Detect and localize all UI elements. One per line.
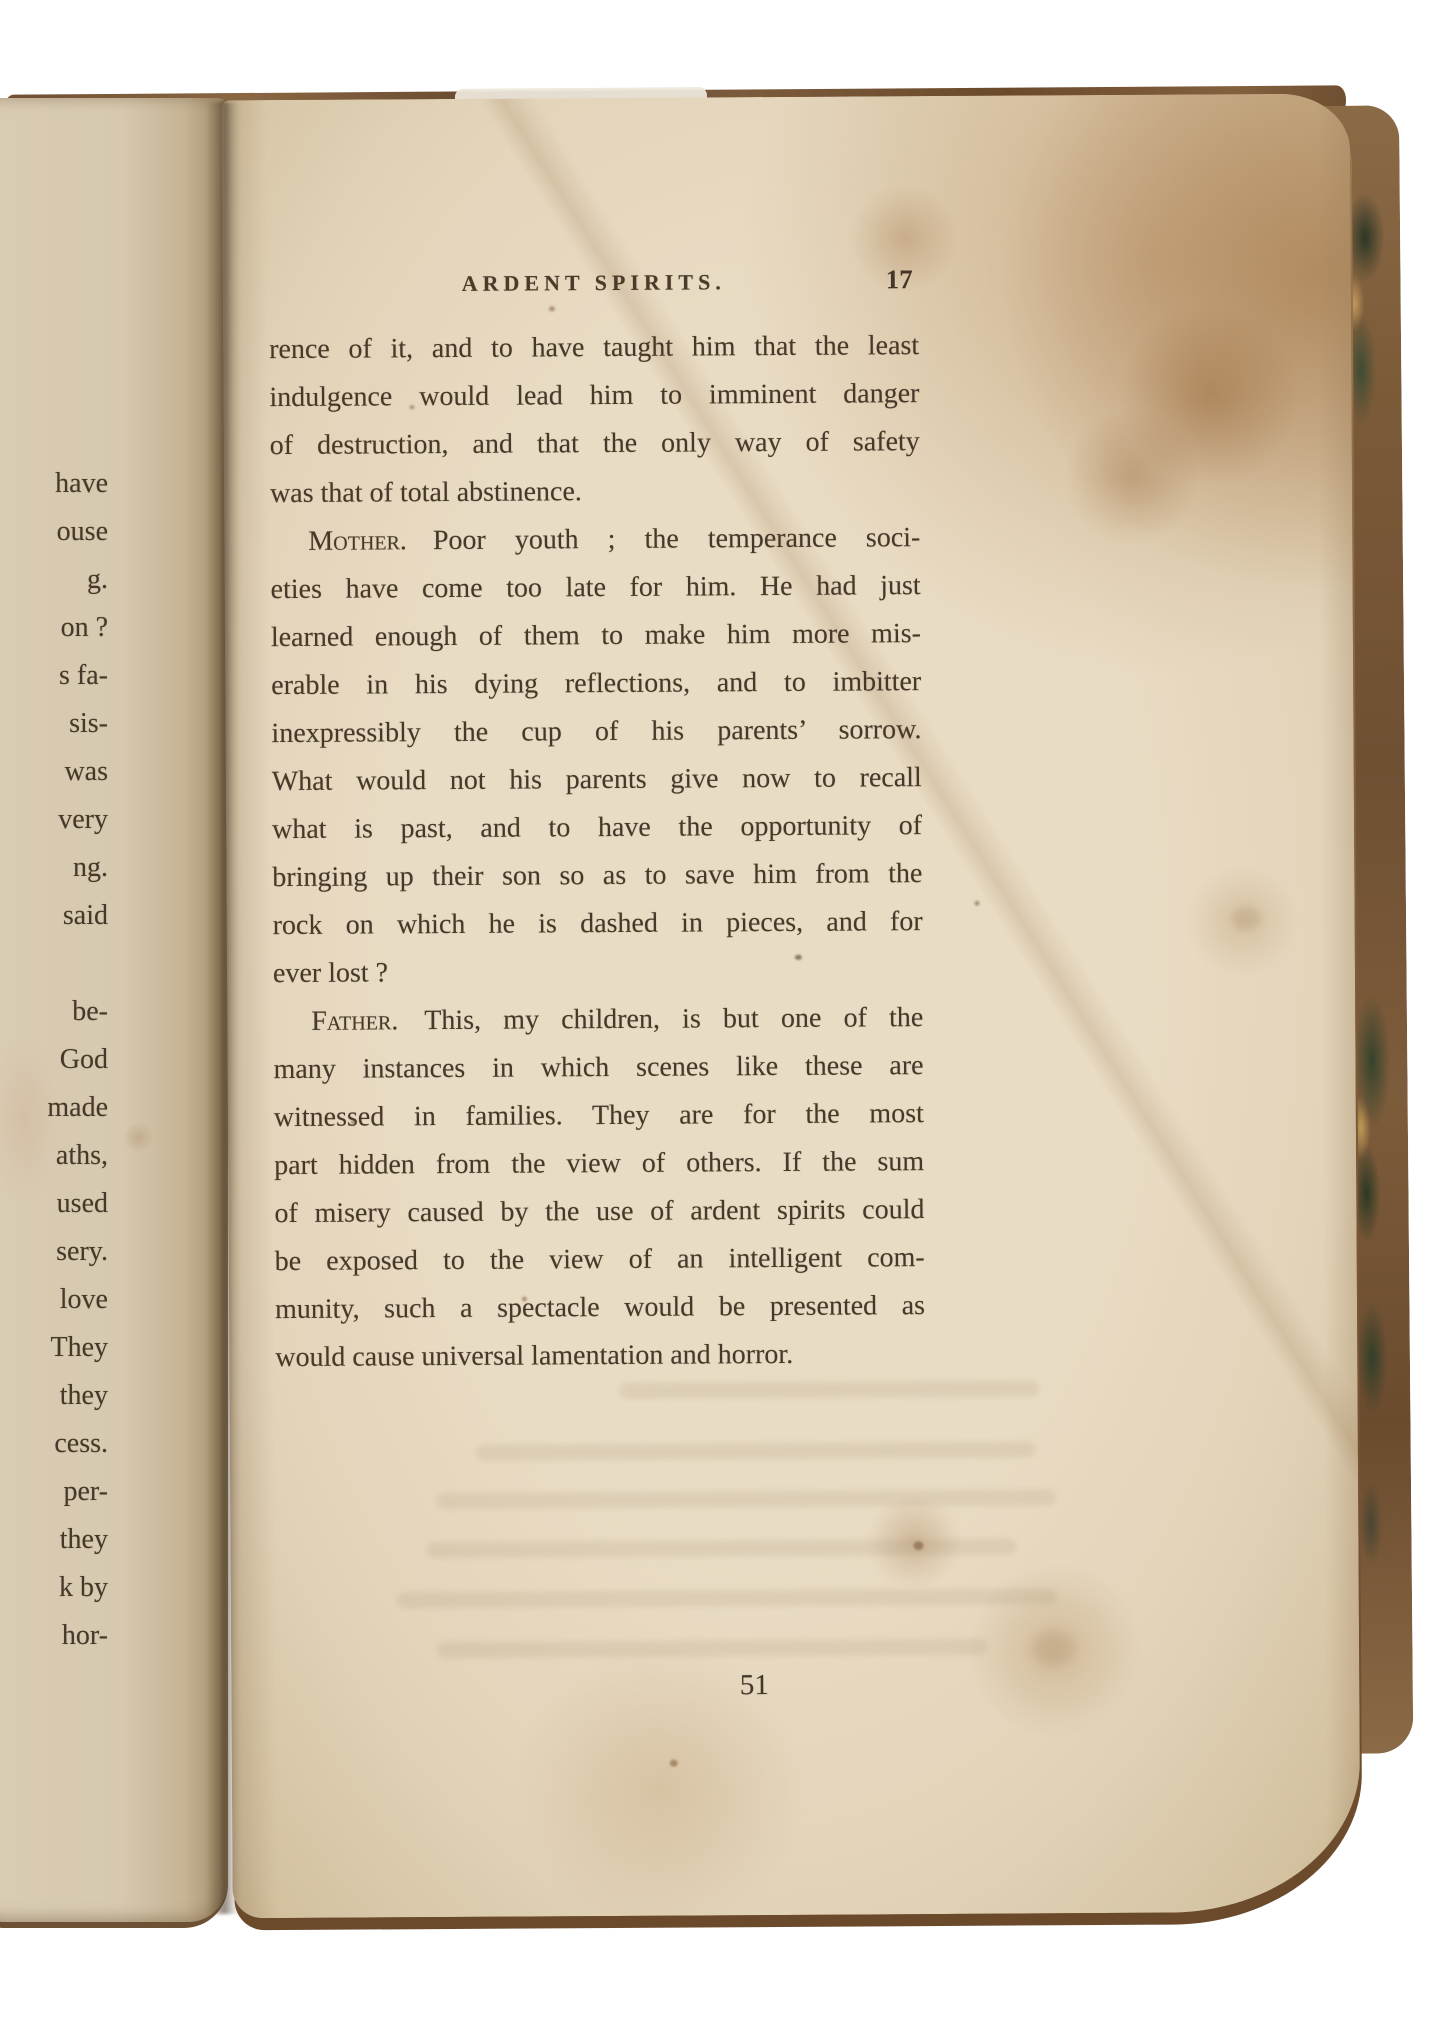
text-line: Mother.Poor youth ; the temperance soci- — [270, 514, 920, 566]
text-line: learned enough of them to make him more … — [271, 610, 921, 662]
text-line: what is past, and to have the opportunit… — [272, 802, 922, 854]
foxing-spot — [522, 1297, 527, 1302]
fragment-line: God — [0, 1036, 108, 1084]
fragment-line: k by — [0, 1564, 108, 1612]
book-gutter — [206, 102, 240, 1914]
fragment-line: hor- — [0, 1612, 108, 1660]
text-line: Father.This, my children, is but one of … — [273, 994, 923, 1046]
showthrough-ghost-text — [397, 1588, 1057, 1608]
foxing-spot — [913, 1541, 923, 1550]
fragment-line: on ? — [0, 604, 108, 652]
fragment-line: g. — [0, 556, 108, 604]
fragment-line: sery. — [0, 1228, 108, 1276]
text-line: of destruction, and that the only way of… — [270, 418, 920, 470]
text-line: many instances in which scenes like thes… — [273, 1042, 923, 1094]
text-line: would cause universal lamentation and ho… — [275, 1330, 925, 1382]
foxing-spot — [975, 901, 980, 906]
foxing-spot — [549, 306, 555, 311]
paragraph-2: Mother.Poor youth ; the temperance soci-… — [270, 514, 923, 998]
foxing-spot — [410, 405, 415, 409]
text-line: rence of it, and to have taught him that… — [269, 322, 919, 374]
text-line: inexpressibly the cup of his parents’ so… — [271, 706, 921, 758]
fragment-line: per- — [0, 1468, 108, 1516]
speaker-label: Mother. — [308, 525, 407, 557]
folio-number: 51 — [711, 1669, 797, 1703]
showthrough-ghost-text — [436, 1489, 1056, 1509]
foxing-spot — [670, 1760, 678, 1767]
fragment-line: aths, — [0, 1132, 108, 1180]
showthrough-ghost-text — [619, 1380, 1039, 1399]
foxing-spot — [1031, 1630, 1075, 1666]
fragment-line: cess. — [0, 1420, 108, 1468]
fragment-line: they — [0, 1516, 108, 1564]
fragment-line: they — [0, 1372, 108, 1420]
fragment-line: love — [0, 1276, 108, 1324]
foxing-spot — [795, 955, 802, 960]
fragment-line: ouse — [0, 508, 108, 556]
fragment-line: said — [0, 892, 108, 940]
fragment-line: ng. — [0, 844, 108, 892]
showthrough-ghost-text — [426, 1539, 1016, 1559]
book-photo: haveouseg.on ?s fa-sis-wasveryng.saidbe-… — [0, 0, 1445, 2023]
fragment-line — [0, 940, 108, 988]
paragraph-3: Father.This, my children, is but one of … — [273, 994, 925, 1382]
text-line: ever lost ? — [273, 946, 923, 998]
foxing-spot — [351, 1120, 356, 1125]
showthrough-ghost-text — [476, 1441, 1036, 1460]
left-page: haveouseg.on ?s fa-sis-wasveryng.saidbe-… — [0, 98, 228, 1922]
body-text: rence of it, and to have taught him that… — [269, 322, 925, 1382]
text-line: be exposed to the view of an intelligent… — [275, 1234, 925, 1286]
paragraph-1: rence of it, and to have taught him that… — [269, 322, 920, 518]
text-line: erable in his dying reflections, and to … — [271, 658, 921, 710]
fragment-line: sis- — [0, 700, 108, 748]
page-number: 17 — [886, 264, 913, 295]
left-page-text-fragments: haveouseg.on ?s fa-sis-wasveryng.saidbe-… — [0, 460, 108, 1660]
right-page: ARDENT SPIRITS. 17 rence of it, and to h… — [222, 93, 1361, 1918]
text-line: eties have come too late for him. He had… — [270, 562, 920, 614]
running-head-title: ARDENT SPIRITS. — [269, 268, 919, 298]
text-line: part hidden from the view of others. If … — [274, 1138, 924, 1190]
text-line: munity, such a spectacle would be presen… — [275, 1282, 925, 1334]
showthrough-ghost-text — [437, 1639, 987, 1658]
running-head: ARDENT SPIRITS. 17 — [269, 268, 919, 308]
text-run: This, my children, is but one of the — [424, 1002, 923, 1036]
text-line: witnessed in families. They are for the … — [274, 1090, 924, 1142]
fragment-line: They — [0, 1324, 108, 1372]
fragment-line: made — [0, 1084, 108, 1132]
fragment-line: have — [0, 460, 108, 508]
text-run: Poor youth ; the temperance soci- — [433, 522, 921, 556]
text-line: of misery caused by the use of ardent sp… — [274, 1186, 924, 1238]
text-line: indulgence would lead him to imminent da… — [269, 370, 919, 422]
text-line: was that of total abstinence. — [270, 466, 920, 518]
text-line: bringing up their son so as to save him … — [272, 850, 922, 902]
text-line: What would not his parents give now to r… — [272, 754, 922, 806]
fragment-line: was — [0, 748, 108, 796]
text-line: rock on which he is dashed in pieces, an… — [273, 898, 923, 950]
fragment-line: very — [0, 796, 108, 844]
foxing-spot — [1232, 906, 1262, 930]
fragment-line: s fa- — [0, 652, 108, 700]
fragment-line: be- — [0, 988, 108, 1036]
fragment-line: used — [0, 1180, 108, 1228]
speaker-label: Father. — [311, 1005, 398, 1037]
